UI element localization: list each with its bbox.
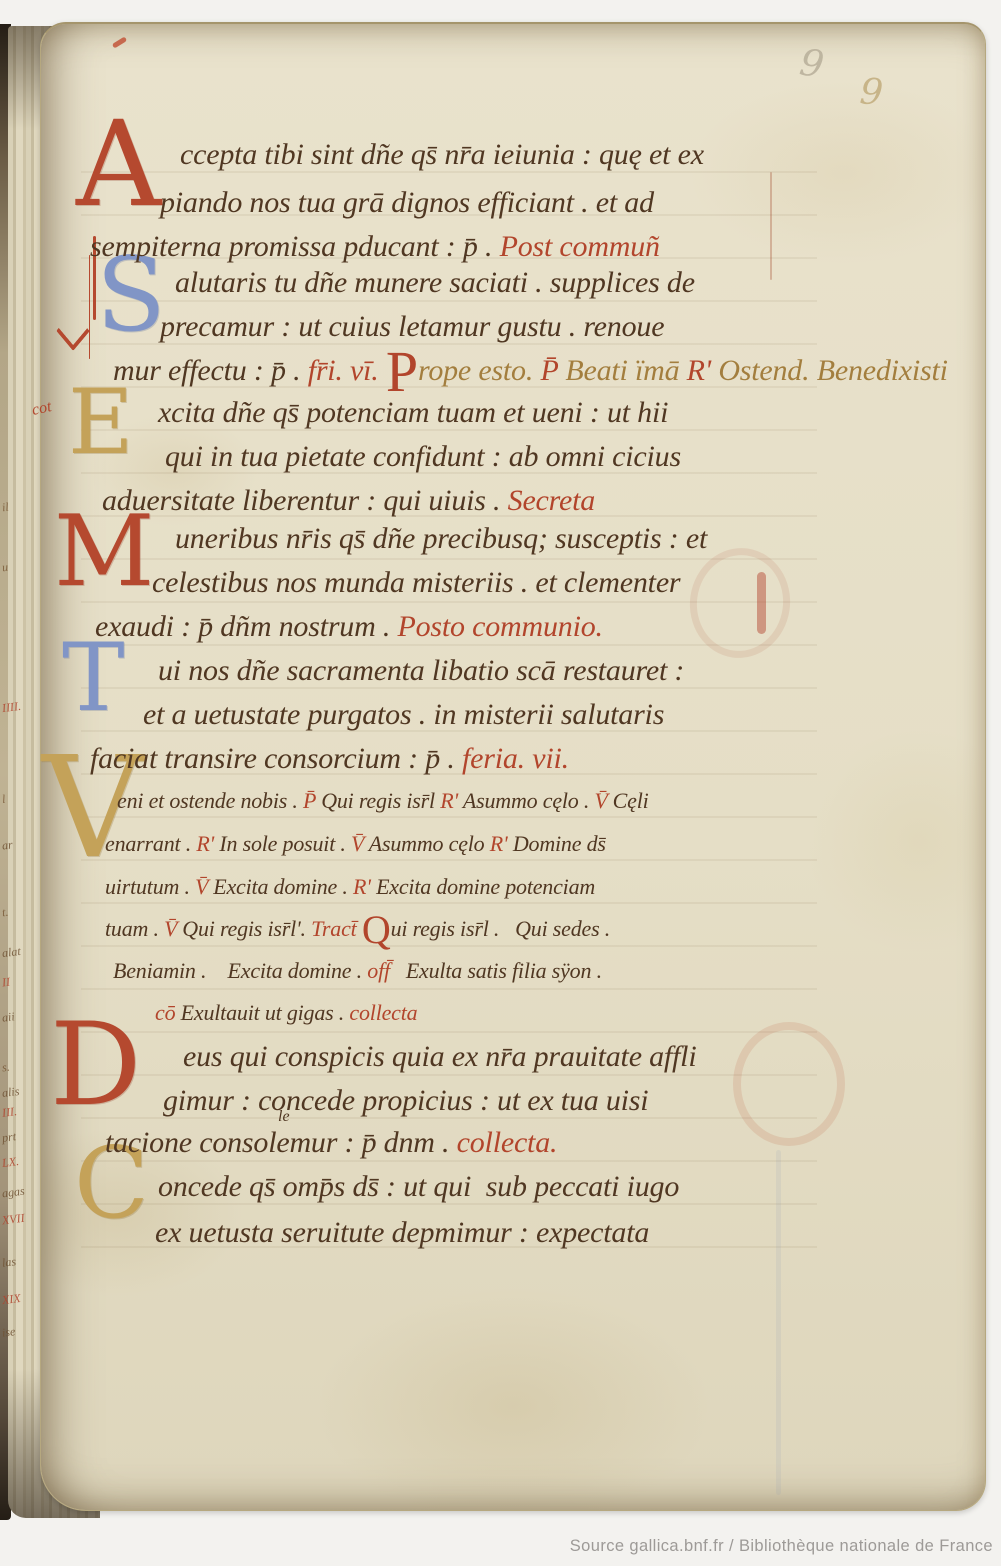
text-line-8: qui in tua pietate confidunt : ab omni c… xyxy=(165,442,681,472)
text-segment-red: Secreta xyxy=(508,484,595,517)
text-segment-ink: sempiterna promissa pducant : p̄ . xyxy=(90,230,500,263)
text-segment-ink: Domine ds̄ xyxy=(508,831,606,856)
page-edge-mark: XIX xyxy=(1,1291,21,1308)
text-segment-ink: Cęli xyxy=(613,788,649,813)
text-segment-ink: et a uetustate purgatos . in misterii sa… xyxy=(143,698,664,731)
text-line-10: uneribus nr̄is qs̄ dñe precibusq; suscep… xyxy=(175,524,707,554)
text-segment-red: feria. vii. xyxy=(462,742,569,775)
page-edge-mark: LX. xyxy=(1,1154,20,1171)
text-segment-goldink: Ostend. Benedixisti xyxy=(711,354,948,387)
text-segment-ink: ui nos dñe sacramenta libatio scā restau… xyxy=(158,654,684,687)
page-edge-mark: las xyxy=(1,1254,17,1271)
decorated-initial-m: M xyxy=(54,512,154,592)
decorated-initial-d: D xyxy=(50,1018,141,1111)
text-segment-red: cō xyxy=(155,1000,181,1025)
text-line-12: exaudi : p̄ dñm nostrum . Posto communio… xyxy=(95,612,603,642)
text-segment-ink: oncede qs̄ omp̄s ds̄ : ut qui sub peccat… xyxy=(158,1170,679,1203)
text-segment-ink: tacione consolemur : p̄ dnm . xyxy=(105,1126,457,1159)
text-segment-ink: Excita domine . xyxy=(213,874,353,899)
page-edge-mark: IIII. xyxy=(1,699,22,716)
text-segment-ink: Exulta satis filia sÿon . xyxy=(395,958,602,983)
page-edge-mark: prt xyxy=(1,1129,17,1146)
text-segment-red: collecta. xyxy=(457,1126,558,1159)
text-segment-red: R' xyxy=(196,831,219,856)
text-segment-ink: ccepta tibi sint dñe qs̄ nr̄a ieiunia : … xyxy=(180,138,704,171)
text-line-23: gimur : concede propicius : ut ex tua ui… xyxy=(163,1086,648,1116)
text-segment-ink: piando nos tua grā dignos efficiant . et… xyxy=(160,186,654,219)
text-segment-ink: Qui regis isr̄l'. xyxy=(182,916,311,941)
page-edge-mark: s. xyxy=(1,1060,10,1076)
text-segment-ink: xcita dñe qs̄ potenciam tuam et ueni : u… xyxy=(158,396,668,429)
text-segment-red: Post commuñ xyxy=(500,230,660,263)
text-line-2: piando nos tua grā dignos efficiant . et… xyxy=(160,188,654,218)
folio-number-ink: 9 xyxy=(858,71,884,114)
text-segment-ink: eni et ostende nobis . xyxy=(117,788,303,813)
text-segment-ink: Excita domine potenciam xyxy=(376,874,595,899)
text-segment-ink: mur effectu : p̄ . xyxy=(113,354,308,387)
decorated-initial-e: E xyxy=(68,386,134,460)
decorated-initial-a: A xyxy=(76,116,161,213)
text-segment-goldink: rope esto. xyxy=(418,354,541,387)
text-segment-ink: Beniamin . Excita domine . xyxy=(113,958,367,983)
text-segment-ink: celestibus nos munda misteriis . et clem… xyxy=(152,566,680,599)
text-line-17: enarrant . R' In sole posuit . V̄ Asummo… xyxy=(105,833,606,855)
text-line-25: oncede qs̄ omp̄s ds̄ : ut qui sub peccat… xyxy=(158,1172,679,1202)
page-edge-mark: il xyxy=(1,500,9,516)
text-line-4: alutaris tu dñe munere saciati . supplic… xyxy=(175,268,695,298)
text-line-6: mur effectu : p̄ . fr̄i. vī. Prope esto.… xyxy=(113,356,948,386)
text-segment-goldink: Beati ïmā xyxy=(565,354,686,387)
text-line-14: et a uetustate purgatos . in misterii sa… xyxy=(143,700,664,730)
text-line-20: Beniamin . Excita domine . off̄ Exulta s… xyxy=(113,960,602,982)
text-segment-ink: ex uetusta seruitute depmimur : expectat… xyxy=(155,1216,649,1249)
text-line-5: precamur : ut cuius letamur gustu . reno… xyxy=(160,312,664,342)
text-segment-ink: ui regis isr̄l . Qui sedes . xyxy=(391,916,611,941)
text-line-11: celestibus nos munda misteriis . et clem… xyxy=(152,568,680,598)
decorated-initial-t: T xyxy=(62,640,125,717)
blue-bleed-smear xyxy=(776,1150,781,1495)
text-segment-ink: Exultauit ut gigas . xyxy=(181,1000,350,1025)
text-segment-red: Posto communio. xyxy=(397,610,602,643)
text-line-22: eus qui conspicis quia ex nr̄a prauitate… xyxy=(183,1042,696,1072)
text-segment-ink: Asummo cęlo xyxy=(369,831,490,856)
page-edge-mark: II xyxy=(1,975,11,991)
text-segment-ink: aduersitate liberentur : qui uiuis . xyxy=(102,484,508,517)
text-line-24: tacione consolemur : p̄ dnm . collecta. xyxy=(105,1128,557,1158)
page-edge-mark: alat xyxy=(1,944,21,961)
text-line-26: ex uetusta seruitute depmimur : expectat… xyxy=(155,1218,649,1248)
page-edge-mark: XVII xyxy=(1,1211,25,1229)
decorated-initial-s: S xyxy=(96,254,166,338)
text-segment-ink: Qui regis isr̄l xyxy=(321,788,440,813)
page-edge-mark: agas xyxy=(1,1184,25,1202)
text-segment-redcap: P xyxy=(386,339,418,404)
text-segment-ink: tuam . xyxy=(105,916,164,941)
text-line-1: ccepta tibi sint dñe qs̄ nr̄a ieiunia : … xyxy=(180,140,704,170)
text-segment-red: V̄ xyxy=(351,831,369,856)
bleed-through-ring xyxy=(733,1022,845,1146)
text-segment-red: R' xyxy=(490,831,508,856)
text-segment-red: fr̄i. vī. xyxy=(308,354,386,387)
text-line-13: ui nos dñe sacramenta libatio scā restau… xyxy=(158,656,684,686)
text-segment-red: V̄ xyxy=(595,788,613,813)
text-line-15: faciat transire consorcium : p̄ . feria.… xyxy=(90,744,569,774)
text-segment-ink: Asummo cęlo . xyxy=(458,788,595,813)
text-segment-red: P̄ xyxy=(303,788,321,813)
text-line-7: xcita dñe qs̄ potenciam tuam et ueni : u… xyxy=(158,398,668,428)
red-ink-drip xyxy=(757,572,766,634)
text-segment-red: V̄ xyxy=(195,874,213,899)
footer-attribution: Source gallica.bnf.fr / Bibliothèque nat… xyxy=(570,1537,993,1561)
text-segment-ink: qui in tua pietate confidunt : ab omni c… xyxy=(165,440,681,473)
text-segment-red: Tract̄ xyxy=(311,916,362,941)
text-line-9: aduersitate liberentur : qui uiuis . Sec… xyxy=(102,486,595,516)
text-line-16: eni et ostende nobis . P̄ Qui regis isr̄… xyxy=(117,790,649,812)
text-line-21: cō Exultauit ut gigas . collecta xyxy=(155,1002,417,1024)
page-edge-mark: alis xyxy=(1,1084,20,1101)
text-segment-redcap2: Q xyxy=(362,907,391,952)
text-segment-ink: faciat transire consorcium : p̄ . xyxy=(90,742,462,775)
text-segment-ink: uirtutum . xyxy=(105,874,195,899)
text-line-19: tuam . V̄ Qui regis isr̄l'. Tract̄ Qui r… xyxy=(105,918,610,940)
page-edge-mark: ise xyxy=(1,1324,16,1341)
margin-rule-mark xyxy=(770,172,772,280)
text-segment-ink: In sole posuit . xyxy=(219,831,351,856)
text-segment-red: R' xyxy=(440,788,458,813)
text-segment-red: V̄ xyxy=(164,916,182,941)
text-segment-ink: eus qui conspicis quia ex nr̄a prauitate… xyxy=(183,1040,696,1073)
text-line-18: uirtutum . V̄ Excita domine . R' Excita … xyxy=(105,876,595,898)
page-edge-mark: aii xyxy=(1,1009,15,1025)
page-edge-mark: III. xyxy=(1,1104,18,1121)
text-segment-red: off̄ xyxy=(367,958,395,983)
text-line-3: sempiterna promissa pducant : p̄ . Post … xyxy=(90,232,660,262)
text-segment-ink: gimur : concede propicius : ut ex tua ui… xyxy=(163,1084,648,1117)
text-segment-ink: enarrant . xyxy=(105,831,196,856)
text-segment-red: R' xyxy=(353,874,376,899)
text-segment-red: collecta xyxy=(349,1000,417,1025)
text-segment-red: P̄ xyxy=(540,354,565,387)
text-segment-ink: exaudi : p̄ dñm nostrum . xyxy=(95,610,397,643)
text-segment-ink: alutaris tu dñe munere saciati . supplic… xyxy=(175,266,695,299)
text-segment-red: R' xyxy=(687,354,711,387)
page-edge-mark: ar xyxy=(1,837,13,853)
text-segment-ink: uneribus nr̄is qs̄ dñe precibusq; suscep… xyxy=(175,522,707,555)
